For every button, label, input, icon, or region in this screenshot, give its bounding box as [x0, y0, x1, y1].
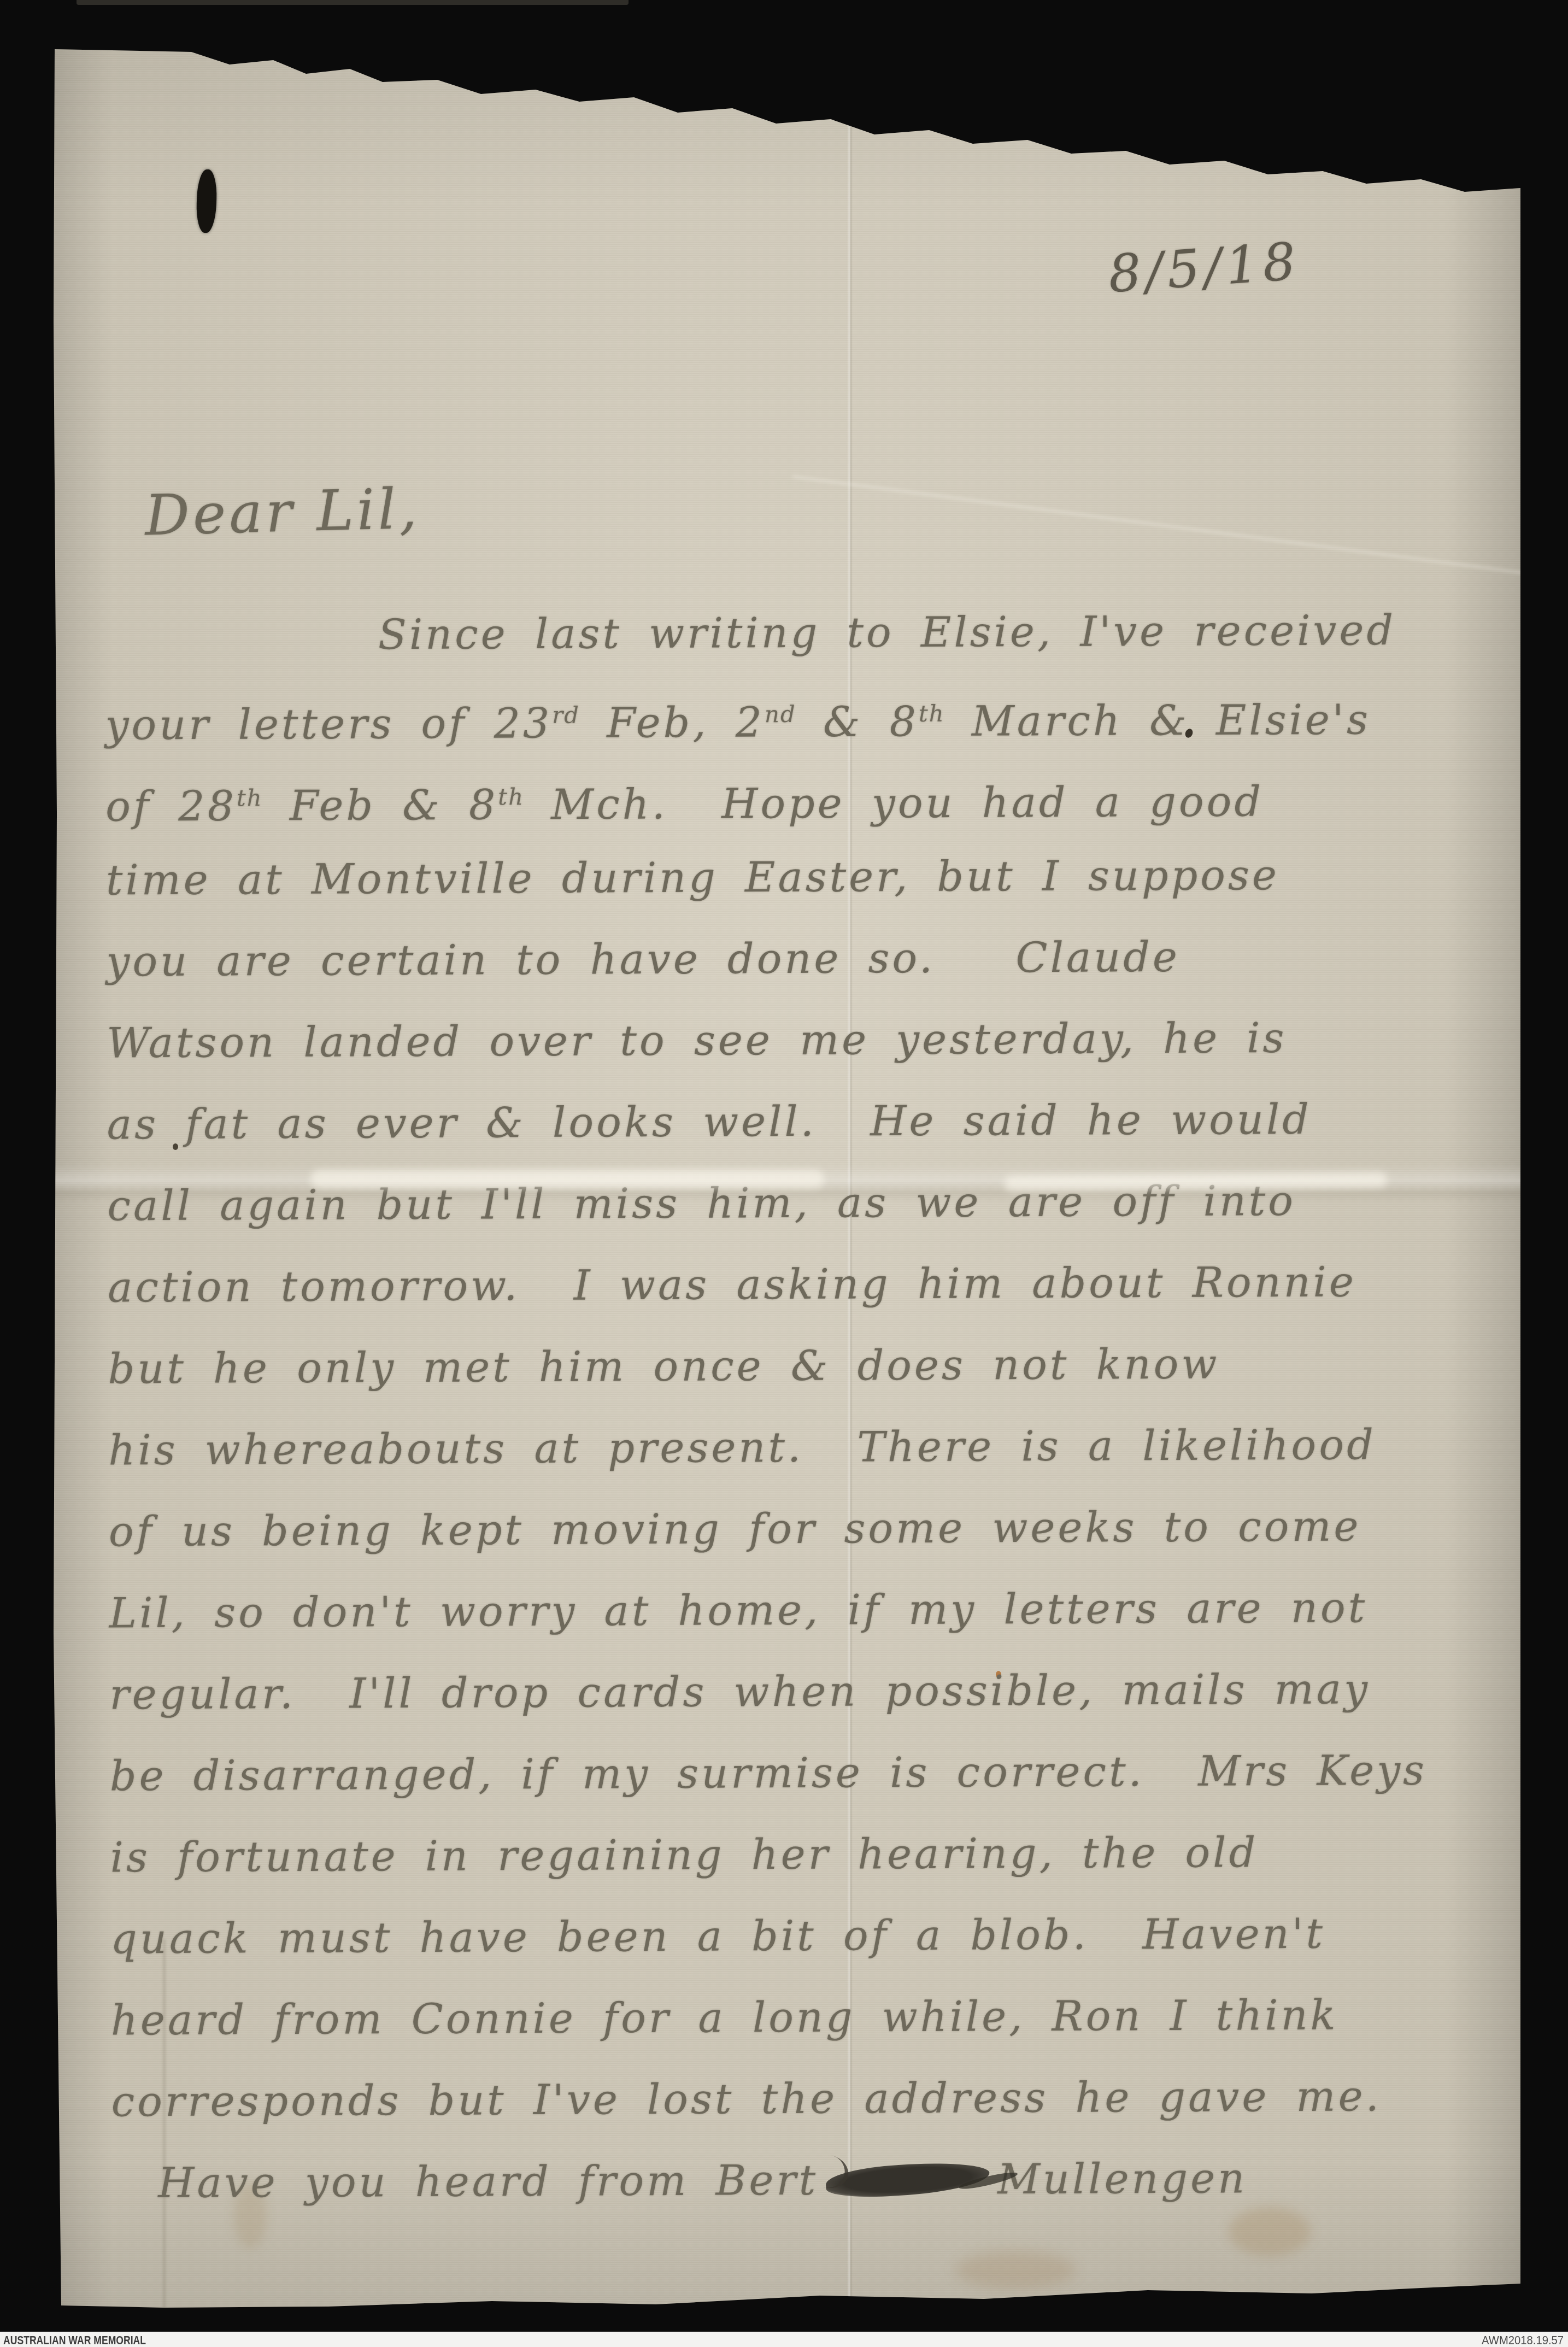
handwritten-text: Mullengen [997, 2154, 1247, 2203]
letter-line: but he only met him once & does not know [53, 1322, 1520, 1410]
catalog-number-label: AWM2018.19.57 [1482, 2333, 1564, 2347]
letter-line: regular. I'll drop cards when possible, … [55, 1647, 1522, 1735]
diagonal-crease [792, 476, 1530, 574]
fold-wear-streak [310, 1170, 824, 1188]
letter-paper: 8/5/18 Dear Lil, Since last writing to E… [54, 48, 1520, 2309]
letter-line: time at Montville during Easter, but I s… [51, 833, 1518, 921]
letter-line: his whereabouts at present. There is a l… [54, 1403, 1521, 1491]
handwritten-text: March & Elsie's [945, 695, 1371, 746]
handwritten-text: Lil, so don't worry at home, if my lette… [109, 1583, 1367, 1637]
handwritten-text: Mch. Hope you had a good [524, 777, 1264, 829]
handwritten-text: heard from Connie for a long while, Ron … [111, 1991, 1338, 2045]
letter-line: Since last writing to Elsie, I've receiv… [50, 589, 1518, 677]
stain [955, 2251, 1076, 2289]
punch-hole-slit [196, 169, 218, 233]
scribble-redaction [825, 2160, 990, 2200]
letter-salutation: Dear Lil, [144, 476, 421, 548]
handwritten-text: Since last writing to Elsie, I've receiv… [378, 606, 1396, 659]
handwritten-text: Feb & 8 [262, 781, 498, 830]
letter-line: be disarranged, if my surmise is correct… [55, 1729, 1523, 1817]
letter-line: Have you heard from BertMullengen [57, 2136, 1524, 2224]
handwritten-text: Have you heard from Bert [158, 2156, 818, 2207]
letter-line: quack must have been a bit of a blob. Ha… [56, 1892, 1523, 1980]
scanned-letter-page: 8/5/18 Dear Lil, Since last writing to E… [0, 0, 1568, 2347]
letter-line: as fat as ever & looks well. He said he … [52, 1077, 1519, 1165]
handwritten-text: action tomorrow. I was asking him about … [108, 1257, 1356, 1311]
handwritten-text: th [919, 700, 945, 727]
handwritten-text: rd [552, 702, 580, 729]
handwritten-text: regular. I'll drop cards when possible, … [109, 1664, 1370, 1718]
handwritten-text: Watson landed over to see me yesterday, … [107, 1013, 1287, 1067]
letter-line: Watson landed over to see me yesterday, … [52, 996, 1519, 1084]
handwritten-text: quack must have been a bit of a blob. Ha… [110, 1909, 1325, 1963]
letter-date: 8/5/18 [1107, 232, 1302, 304]
handwritten-text: but he only met him once & does not know [108, 1340, 1219, 1393]
handwritten-text: as fat as ever & looks well. He said he … [107, 1095, 1312, 1149]
letter-line: of 28th Feb & 8th Mch. Hope you had a go… [51, 752, 1518, 840]
letter-line: you are certain to have done so. Claude [51, 914, 1519, 1002]
handwritten-text: his whereabouts at present. There is a l… [108, 1420, 1376, 1474]
handwritten-text: of us being kept moving for some weeks t… [109, 1501, 1361, 1556]
archive-footer-bar: AUSTRALIAN WAR MEMORIAL AWM2018.19.57 [0, 2332, 1568, 2347]
handwritten-text: time at Montville during Easter, but I s… [106, 850, 1280, 904]
handwritten-text: of 28 [105, 782, 237, 831]
letter-line: action tomorrow. I was asking him about … [53, 1240, 1520, 1328]
handwritten-text: th [498, 783, 524, 810]
handwritten-text: th [237, 784, 263, 811]
letter-line: corresponds but I've lost the address he… [56, 2055, 1524, 2143]
letter-line: is fortunate in regaining her hearing, t… [55, 1810, 1523, 1898]
archive-name-label: AUSTRALIAN WAR MEMORIAL [3, 2333, 146, 2347]
handwritten-text: your letters of 23 [105, 699, 552, 749]
handwritten-text: you are certain to have done so. Claude [106, 932, 1180, 986]
letter-line: Lil, so don't worry at home, if my lette… [54, 1566, 1522, 1654]
handwritten-text: & 8 [796, 697, 919, 746]
handwritten-text: be disarranged, if my surmise is correct… [110, 1746, 1427, 1800]
handwritten-text: Feb, 2 [580, 697, 765, 747]
handwritten-text: corresponds but I've lost the address he… [111, 2072, 1382, 2126]
handwritten-text: is fortunate in regaining her hearing, t… [110, 1828, 1258, 1881]
handwritten-text: nd [765, 701, 796, 727]
letter-line: heard from Connie for a long while, Ron … [56, 1973, 1524, 2061]
adjacent-page-edge [77, 0, 629, 5]
letter-line: your letters of 23rd Feb, 2nd & 8th Marc… [50, 670, 1518, 758]
letter-body: Since last writing to Elsie, I've receiv… [50, 589, 1524, 2224]
letter-line: of us being kept moving for some weeks t… [54, 1485, 1522, 1573]
